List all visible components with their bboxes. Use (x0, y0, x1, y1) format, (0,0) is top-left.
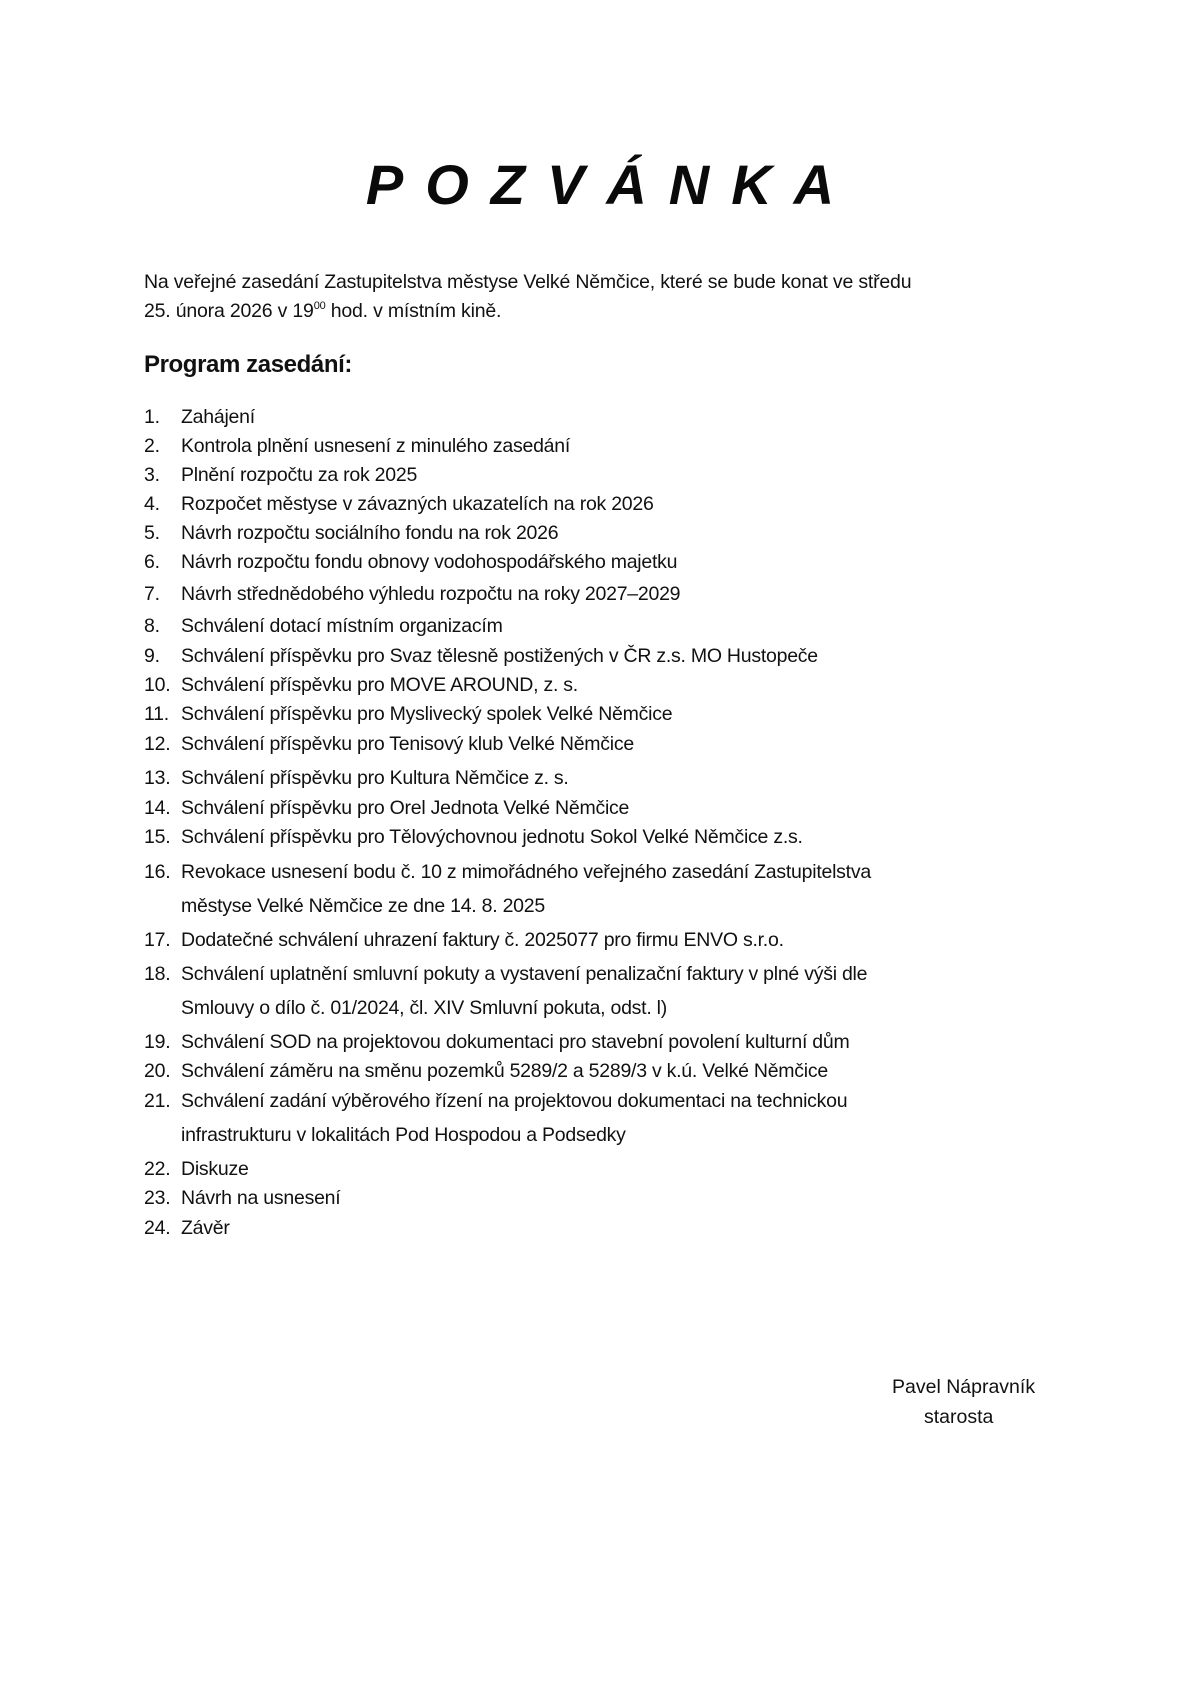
program-heading: Program zasedání: (144, 348, 352, 382)
intro-line-1: Na veřejné zasedání Zastupitelstva městy… (144, 268, 1044, 297)
agenda-item-text: Návrh rozpočtu fondu obnovy vodohospodář… (181, 545, 1061, 579)
agenda-item-line-continued: Smlouvy o dílo č. 01/2024, čl. XIV Smluv… (181, 991, 1061, 1025)
agenda-item-line-continued: infrastrukturu v lokalitách Pod Hospodou… (181, 1118, 1061, 1152)
time-superscript: 00 (314, 300, 326, 312)
signature-role: starosta (892, 1402, 1035, 1432)
document-page: POZVÁNKA Na veřejné zasedání Zastupitels… (0, 0, 1200, 1696)
agenda-item-number: 13. (144, 761, 184, 795)
agenda-item-text: Návrh střednědobého výhledu rozpočtu na … (181, 577, 1061, 611)
signature-name: Pavel Nápravník (892, 1372, 1035, 1402)
agenda-item-text: Schválení příspěvku pro Myslivecký spole… (181, 697, 1061, 731)
agenda-item-text: Schválení uplatnění smluvní pokuty a vys… (181, 957, 1061, 1025)
agenda-item-line: Závěr (181, 1211, 1061, 1245)
agenda-item-number: 16. (144, 855, 184, 889)
agenda-item-text: Schválení příspěvku pro Kultura Němčice … (181, 761, 1061, 795)
agenda-item-number: 23. (144, 1181, 184, 1215)
intro-line-2: 25. února 2026 v 1900 hod. v místním kin… (144, 297, 1044, 326)
agenda-item-text: Schválení zadání výběrového řízení na pr… (181, 1084, 1061, 1152)
agenda-item-line: Schválení příspěvku pro Myslivecký spole… (181, 697, 1061, 731)
agenda-item-number: 11. (144, 697, 184, 731)
agenda-item-number: 18. (144, 957, 184, 991)
agenda-item-line: Revokace usnesení bodu č. 10 z mimořádné… (181, 855, 1061, 889)
agenda-item-line: Schválení zadání výběrového řízení na pr… (181, 1084, 1061, 1118)
agenda-item-line: Dodatečné schválení uhrazení faktury č. … (181, 923, 1061, 957)
agenda-item-text: Dodatečné schválení uhrazení faktury č. … (181, 923, 1061, 957)
agenda-item-text: Závěr (181, 1211, 1061, 1245)
agenda-item-line: Schválení příspěvku pro Tenisový klub Ve… (181, 727, 1061, 761)
intro-place: hod. v místním kině. (326, 300, 502, 322)
agenda-item-line: Schválení příspěvku pro Tělovýchovnou je… (181, 820, 1061, 854)
agenda-item-number: 7. (144, 577, 184, 611)
agenda-item-line: Schválení uplatnění smluvní pokuty a vys… (181, 957, 1061, 991)
agenda-item-number: 6. (144, 545, 184, 579)
agenda-item-line: Schválení dotací místním organizacím (181, 609, 1061, 643)
agenda-item-number: 8. (144, 609, 184, 643)
agenda-item-number: 17. (144, 923, 184, 957)
intro-paragraph: Na veřejné zasedání Zastupitelstva městy… (144, 268, 1044, 326)
agenda-item-text: Schválení příspěvku pro Tenisový klub Ve… (181, 727, 1061, 761)
agenda-item-line: Návrh střednědobého výhledu rozpočtu na … (181, 577, 1061, 611)
agenda-item-line-continued: městyse Velké Němčice ze dne 14. 8. 2025 (181, 889, 1061, 923)
intro-date: 25. února 2026 v 19 (144, 300, 314, 322)
agenda-item-number: 15. (144, 820, 184, 854)
agenda-item-line: Návrh rozpočtu fondu obnovy vodohospodář… (181, 545, 1061, 579)
agenda-item-line: Návrh na usnesení (181, 1181, 1061, 1215)
agenda-item-text: Revokace usnesení bodu č. 10 z mimořádné… (181, 855, 1061, 923)
page-title: POZVÁNKA (0, 150, 1200, 220)
agenda-item-line: Schválení příspěvku pro Kultura Němčice … (181, 761, 1061, 795)
agenda-item-number: 24. (144, 1211, 184, 1245)
agenda-item-text: Schválení dotací místním organizacím (181, 609, 1061, 643)
agenda-item-text: Schválení příspěvku pro Tělovýchovnou je… (181, 820, 1061, 854)
agenda-item-number: 21. (144, 1084, 184, 1118)
signature-block: Pavel Nápravník starosta (892, 1372, 1035, 1432)
agenda-item-text: Návrh na usnesení (181, 1181, 1061, 1215)
agenda-item-text: Schválení záměru na směnu pozemků 5289/2… (181, 1054, 1061, 1088)
agenda-item-number: 12. (144, 727, 184, 761)
agenda-item-number: 20. (144, 1054, 184, 1088)
agenda-item-line: Schválení záměru na směnu pozemků 5289/2… (181, 1054, 1061, 1088)
